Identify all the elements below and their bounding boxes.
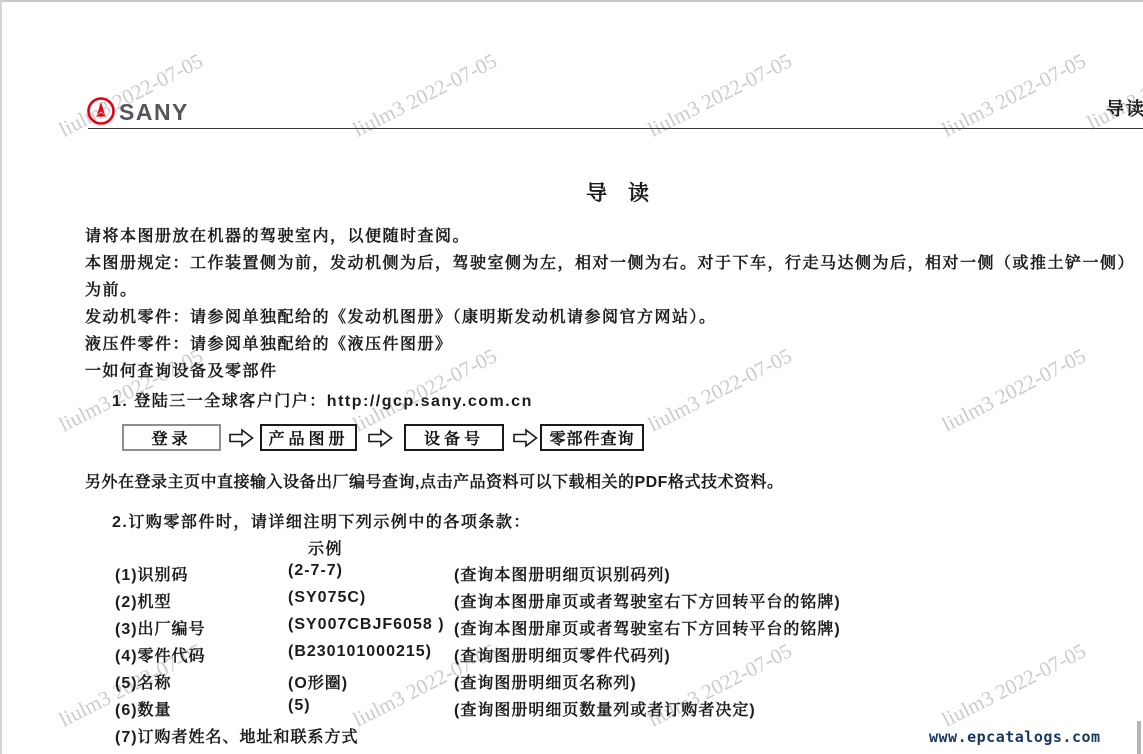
flow-arrow-icon	[367, 428, 393, 448]
example-row: (5)名称 (O形圈) (查询图册明细页名称列)	[0, 670, 1143, 690]
example-row-note: (查询本图册扉页或者驾驶室右下方回转平台的铭牌)	[454, 589, 841, 612]
intro-line: 液压件零件：请参阅单独配给的《液压件图册》	[85, 331, 453, 354]
sany-logo-icon	[86, 96, 116, 126]
flow-arrow-icon	[228, 428, 254, 448]
example-row-note: (查询图册明细页数量列或者订购者决定)	[454, 697, 756, 720]
example-row-label: (4)零件代码	[115, 643, 206, 666]
order-step-title: 2.订购零部件时，请详细注明下列示例中的各项条款：	[112, 509, 531, 532]
example-row: (6)数量 (5) (查询图册明细页数量列或者订购者决定)	[0, 697, 1143, 717]
example-row-value: (SY075C)	[288, 589, 366, 607]
example-row-note: (查询本图册明细页识别码列)	[454, 562, 671, 585]
epcatalogs-site-text: www.epcatalogs.com	[929, 728, 1101, 746]
intro-line: 本图册规定：工作装置侧为前，发动机侧为后，驾驶室侧为左，相对一侧为右。对于下车，…	[85, 250, 1135, 273]
portal-note: 另外在登录主页中直接输入设备出厂编号查询,点击产品资料可以下载相关的PDF格式技…	[85, 469, 783, 492]
example-row-label: (7)订购者姓名、地址和联系方式	[115, 724, 359, 747]
example-row-label: (5)名称	[115, 670, 172, 693]
page-content: SANY 导读 导 读 请将本图册放在机器的驾驶室内，以便随时查阅。 本图册规定…	[0, 0, 1143, 754]
intro-line: 一如何查询设备及零部件	[85, 358, 278, 381]
example-row: (4)零件代码 (B230101000215) (查询图册明细页零件代码列)	[0, 643, 1143, 663]
flow-step-parts-query: 零部件查询	[540, 424, 644, 451]
sany-logo-text: SANY	[119, 99, 189, 126]
example-label: 示例	[308, 536, 343, 559]
example-row-note: (查询图册明细页名称列)	[454, 670, 637, 693]
intro-line: 为前。	[85, 277, 138, 300]
page-title: 导 读	[586, 177, 649, 207]
example-row-label: (2)机型	[115, 589, 172, 612]
flow-arrow-icon	[512, 428, 538, 448]
intro-line: 请将本图册放在机器的驾驶室内，以便随时查阅。	[85, 223, 470, 246]
example-row: (2)机型 (SY075C) (查询本图册扉页或者驾驶室右下方回转平台的铭牌)	[0, 589, 1143, 609]
flow-step-product-catalog: 产品图册	[260, 424, 357, 451]
example-row-label: (6)数量	[115, 697, 172, 720]
example-row-value: (B230101000215)	[288, 643, 432, 661]
header-divider	[88, 128, 1143, 129]
example-row-value: (O形圈)	[288, 670, 348, 693]
flow-step-login: 登录	[122, 424, 221, 451]
example-row-label: (1)识别码	[115, 562, 189, 585]
example-row: (1)识别码 (2-7-7) (查询本图册明细页识别码列)	[0, 562, 1143, 582]
intro-line: 发动机零件：请参阅单独配给的《发动机图册》（康明斯发动机请参阅官方网站）。	[85, 304, 717, 327]
page-edge-artifact	[1137, 721, 1141, 754]
portal-step-title: 1. 登陆三一全球客户门户：http://gcp.sany.com.cn	[112, 388, 533, 411]
example-row-label: (3)出厂编号	[115, 616, 206, 639]
example-row: (3)出厂编号 (SY007CBJF6058 ) (查询本图册扉页或者驾驶室右下…	[0, 616, 1143, 636]
example-row-value: (2-7-7)	[288, 562, 343, 580]
flow-step-device-number: 设备号	[404, 424, 504, 451]
header-page-label: 导读	[1106, 95, 1143, 121]
example-row-note: (查询本图册扉页或者驾驶室右下方回转平台的铭牌)	[454, 616, 841, 639]
document-page: liulm3 2022-07-05 liulm3 2022-07-05 liul…	[0, 0, 1143, 754]
example-row-note: (查询图册明细页零件代码列)	[454, 643, 671, 666]
example-row-value: (5)	[288, 697, 311, 715]
example-row-value: (SY007CBJF6058 )	[288, 616, 445, 634]
